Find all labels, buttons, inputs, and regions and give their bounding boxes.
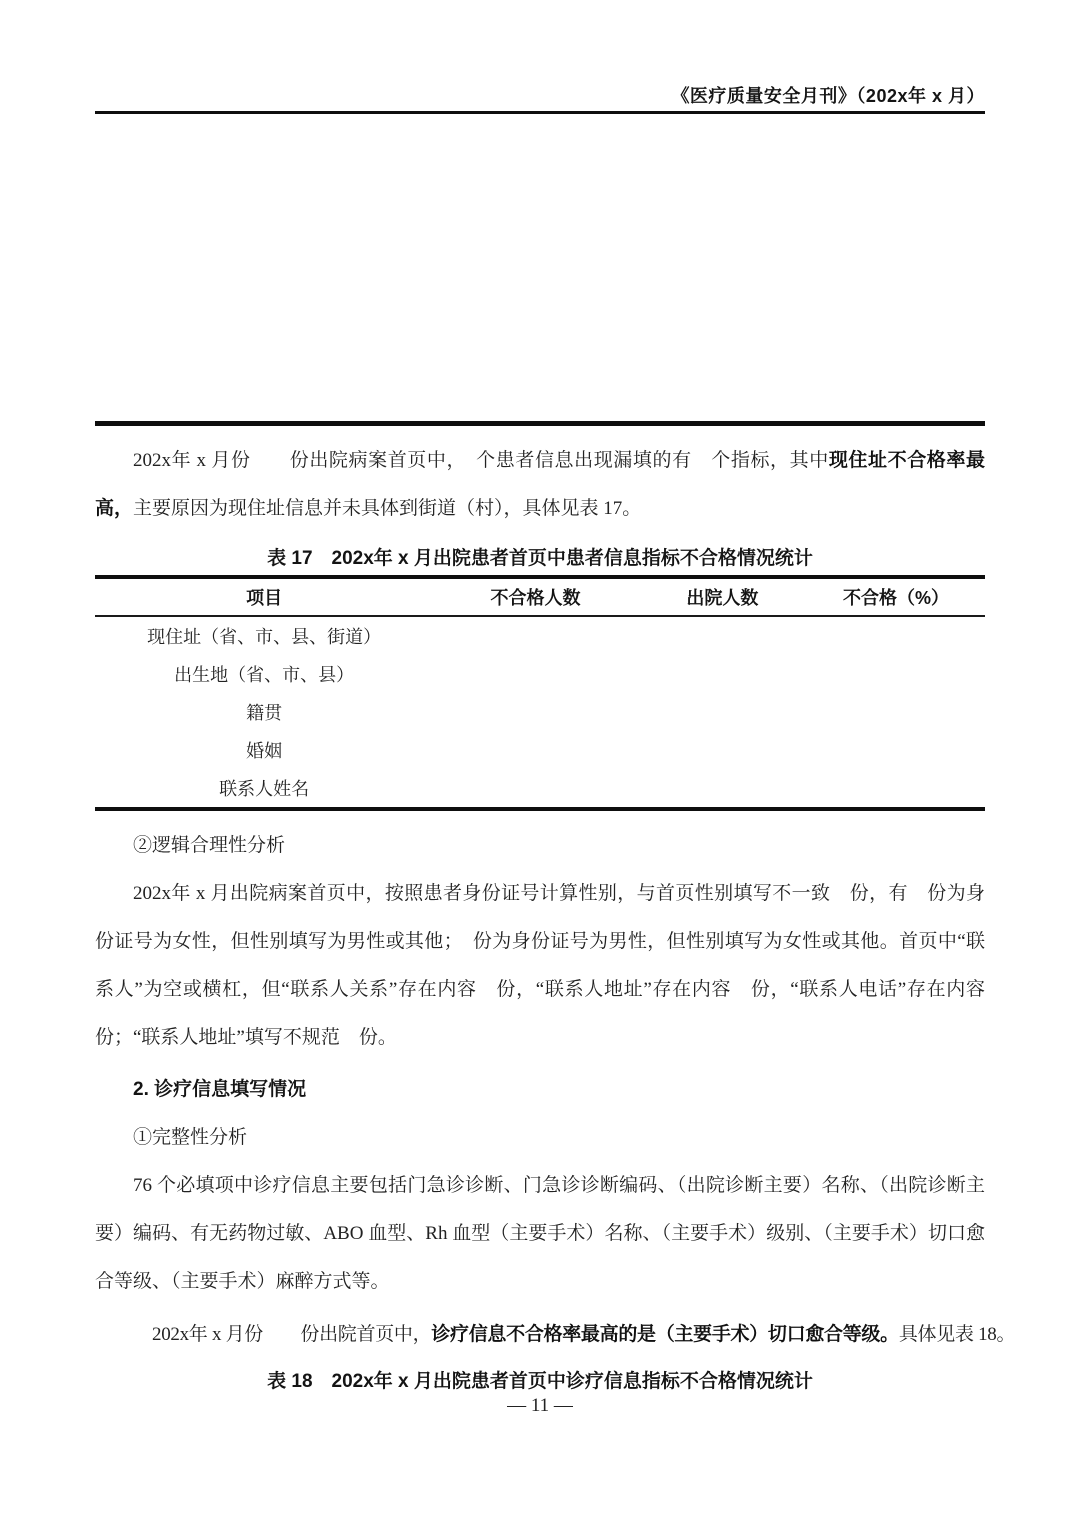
column-header-item: 项目 <box>95 577 433 616</box>
section-heading-treatment-info: 2. 诊疗信息填写情况 <box>95 1066 985 1114</box>
cell-defect-count <box>433 693 638 731</box>
paragraph-treatment-summary: 202x年 x 月份 份出院首页中，诊疗信息不合格率最高的是（主要手术）切口愈合… <box>95 1311 985 1359</box>
cell-defect-rate <box>807 616 985 655</box>
cell-discharge-count <box>638 616 807 655</box>
paragraph-text: 主要原因为现住址信息并未具体到街道（村），具体见表 17。 <box>133 498 641 519</box>
cell-defect-count <box>433 616 638 655</box>
table-row: 婚姻 <box>95 731 985 769</box>
cell-item: 现住址（省、市、县、街道） <box>95 616 433 655</box>
cell-defect-rate <box>807 731 985 769</box>
column-header-discharge-count: 出院人数 <box>638 577 807 616</box>
cell-discharge-count <box>638 655 807 693</box>
header-rule <box>95 111 985 114</box>
cell-defect-count <box>433 731 638 769</box>
column-header-defect-rate: 不合格（%） <box>807 577 985 616</box>
column-header-defect-count: 不合格人数 <box>433 577 638 616</box>
cell-item: 婚姻 <box>95 731 433 769</box>
section-heading-logic-analysis: ②逻辑合理性分析 <box>95 822 985 870</box>
section-divider-rule <box>95 421 985 426</box>
table17-caption: 表 17 202x年 x 月出院患者首页中患者信息指标不合格情况统计 <box>95 543 985 570</box>
paragraph-text: 具体见表 18。 <box>899 1324 1015 1345</box>
paragraph-patient-info-summary: 202x年 x 月份 份出院病案首页中， 个患者信息出现漏填的有 个指标，其中现… <box>95 437 985 533</box>
journal-header-title: 《医疗质量安全月刊》（202x年 x 月） <box>95 82 985 108</box>
cell-defect-rate <box>807 769 985 809</box>
page-number: — 11 — <box>95 1395 985 1417</box>
section-heading-completeness: ①完整性分析 <box>95 1114 985 1162</box>
document-page: 《医疗质量安全月刊》（202x年 x 月） 202x年 x 月份 份出院病案首页… <box>0 0 1080 1527</box>
table18-caption: 表 18 202x年 x 月出院患者首页中诊疗信息指标不合格情况统计 <box>95 1366 985 1393</box>
table-row: 联系人姓名 <box>95 769 985 809</box>
paragraph-text: 202x年 x 月份 份出院病案首页中， 个患者信息出现漏填的有 个指标，其中 <box>133 450 829 471</box>
journal-title-text: 《医疗质量安全月刊》（202x年 x 月） <box>671 86 985 106</box>
cell-discharge-count <box>638 693 807 731</box>
paragraph-required-fields: 76 个必填项中诊疗信息主要包括门急诊诊断、门急诊诊断编码、（出院诊断主要）名称… <box>95 1162 985 1306</box>
table17-header-row: 项目 不合格人数 出院人数 不合格（%） <box>95 577 985 616</box>
table-row: 籍贯 <box>95 693 985 731</box>
cell-discharge-count <box>638 731 807 769</box>
cell-defect-count <box>433 655 638 693</box>
cell-defect-rate <box>807 655 985 693</box>
cell-item: 联系人姓名 <box>95 769 433 809</box>
cell-item: 出生地（省、市、县） <box>95 655 433 693</box>
paragraph-logic-analysis: 202x年 x 月出院病案首页中，按照患者身份证号计算性别，与首页性别填写不一致… <box>95 870 985 1062</box>
highlight-bold-text: 诊疗信息不合格率最高的是（主要手术）切口愈合等级。 <box>431 1324 899 1345</box>
table17-patient-info-defects: 项目 不合格人数 出院人数 不合格（%） 现住址（省、市、县、街道） 出生地（省… <box>95 575 985 811</box>
table-row: 出生地（省、市、县） <box>95 655 985 693</box>
cell-discharge-count <box>638 769 807 809</box>
paragraph-text: 202x年 x 月份 份出院首页中， <box>152 1324 431 1345</box>
cell-defect-count <box>433 769 638 809</box>
cell-item: 籍贯 <box>95 693 433 731</box>
table-row: 现住址（省、市、县、街道） <box>95 616 985 655</box>
cell-defect-rate <box>807 693 985 731</box>
